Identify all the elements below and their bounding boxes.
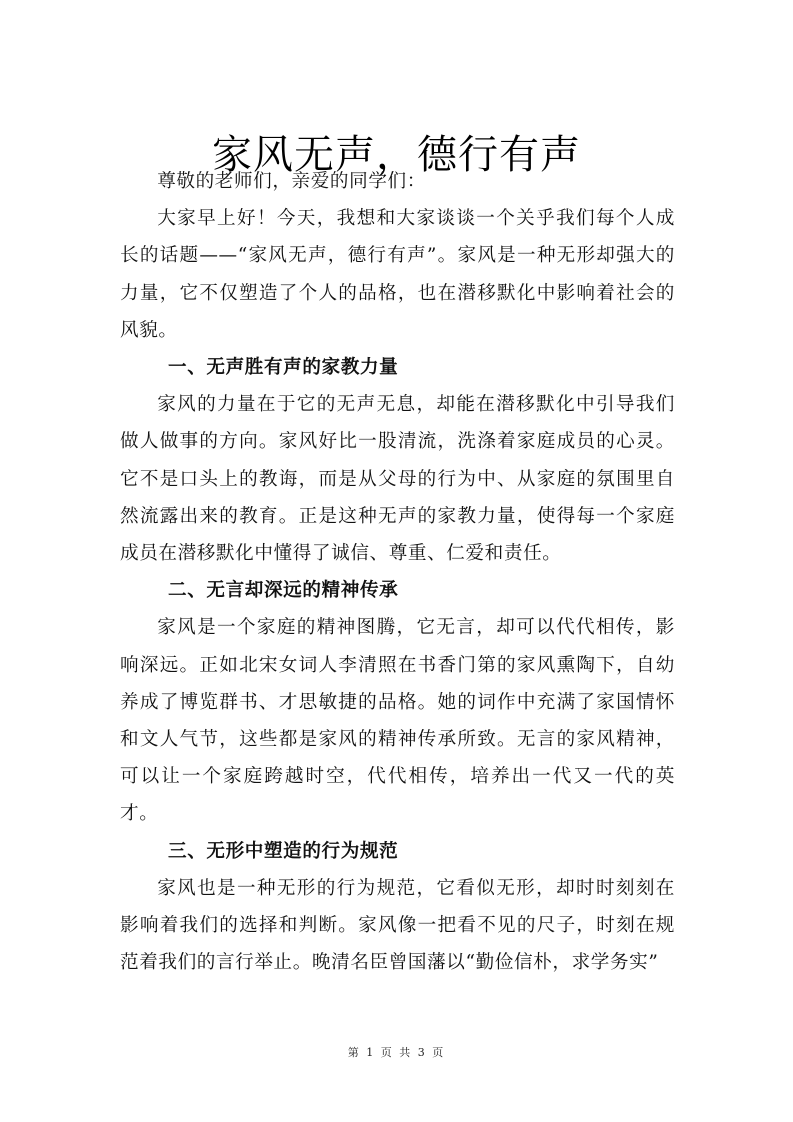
page-number-footer: 第 1 页 共 3 页 <box>0 1044 793 1060</box>
section-heading-2: 二、无言却深远的精神传承 <box>120 572 675 609</box>
section-heading-3: 三、无形中塑造的行为规范 <box>120 833 675 870</box>
section-paragraph-1: 家风的力量在于它的无声无息，却能在潜移默化中引导我们做人做事的方向。家风好比一股… <box>120 386 675 572</box>
greeting: 尊敬的老师们，亲爱的同学们： <box>120 163 675 200</box>
section-paragraph-2: 家风是一个家庭的精神图腾，它无言，却可以代代相传，影响深远。正如北宋女词人李清照… <box>120 609 675 832</box>
document-body: 尊敬的老师们，亲爱的同学们： 大家早上好！今天，我想和大家谈谈一个关乎我们每个人… <box>120 163 675 981</box>
intro-paragraph: 大家早上好！今天，我想和大家谈谈一个关乎我们每个人成长的话题——“家风无声，德行… <box>120 200 675 349</box>
section-heading-1: 一、无声胜有声的家教力量 <box>120 349 675 386</box>
section-paragraph-3: 家风也是一种无形的行为规范，它看似无形，却时时刻刻在影响着我们的选择和判断。家风… <box>120 870 675 982</box>
document-page: 家风无声，德行有声 尊敬的老师们，亲爱的同学们： 大家早上好！今天，我想和大家谈… <box>0 0 793 1122</box>
